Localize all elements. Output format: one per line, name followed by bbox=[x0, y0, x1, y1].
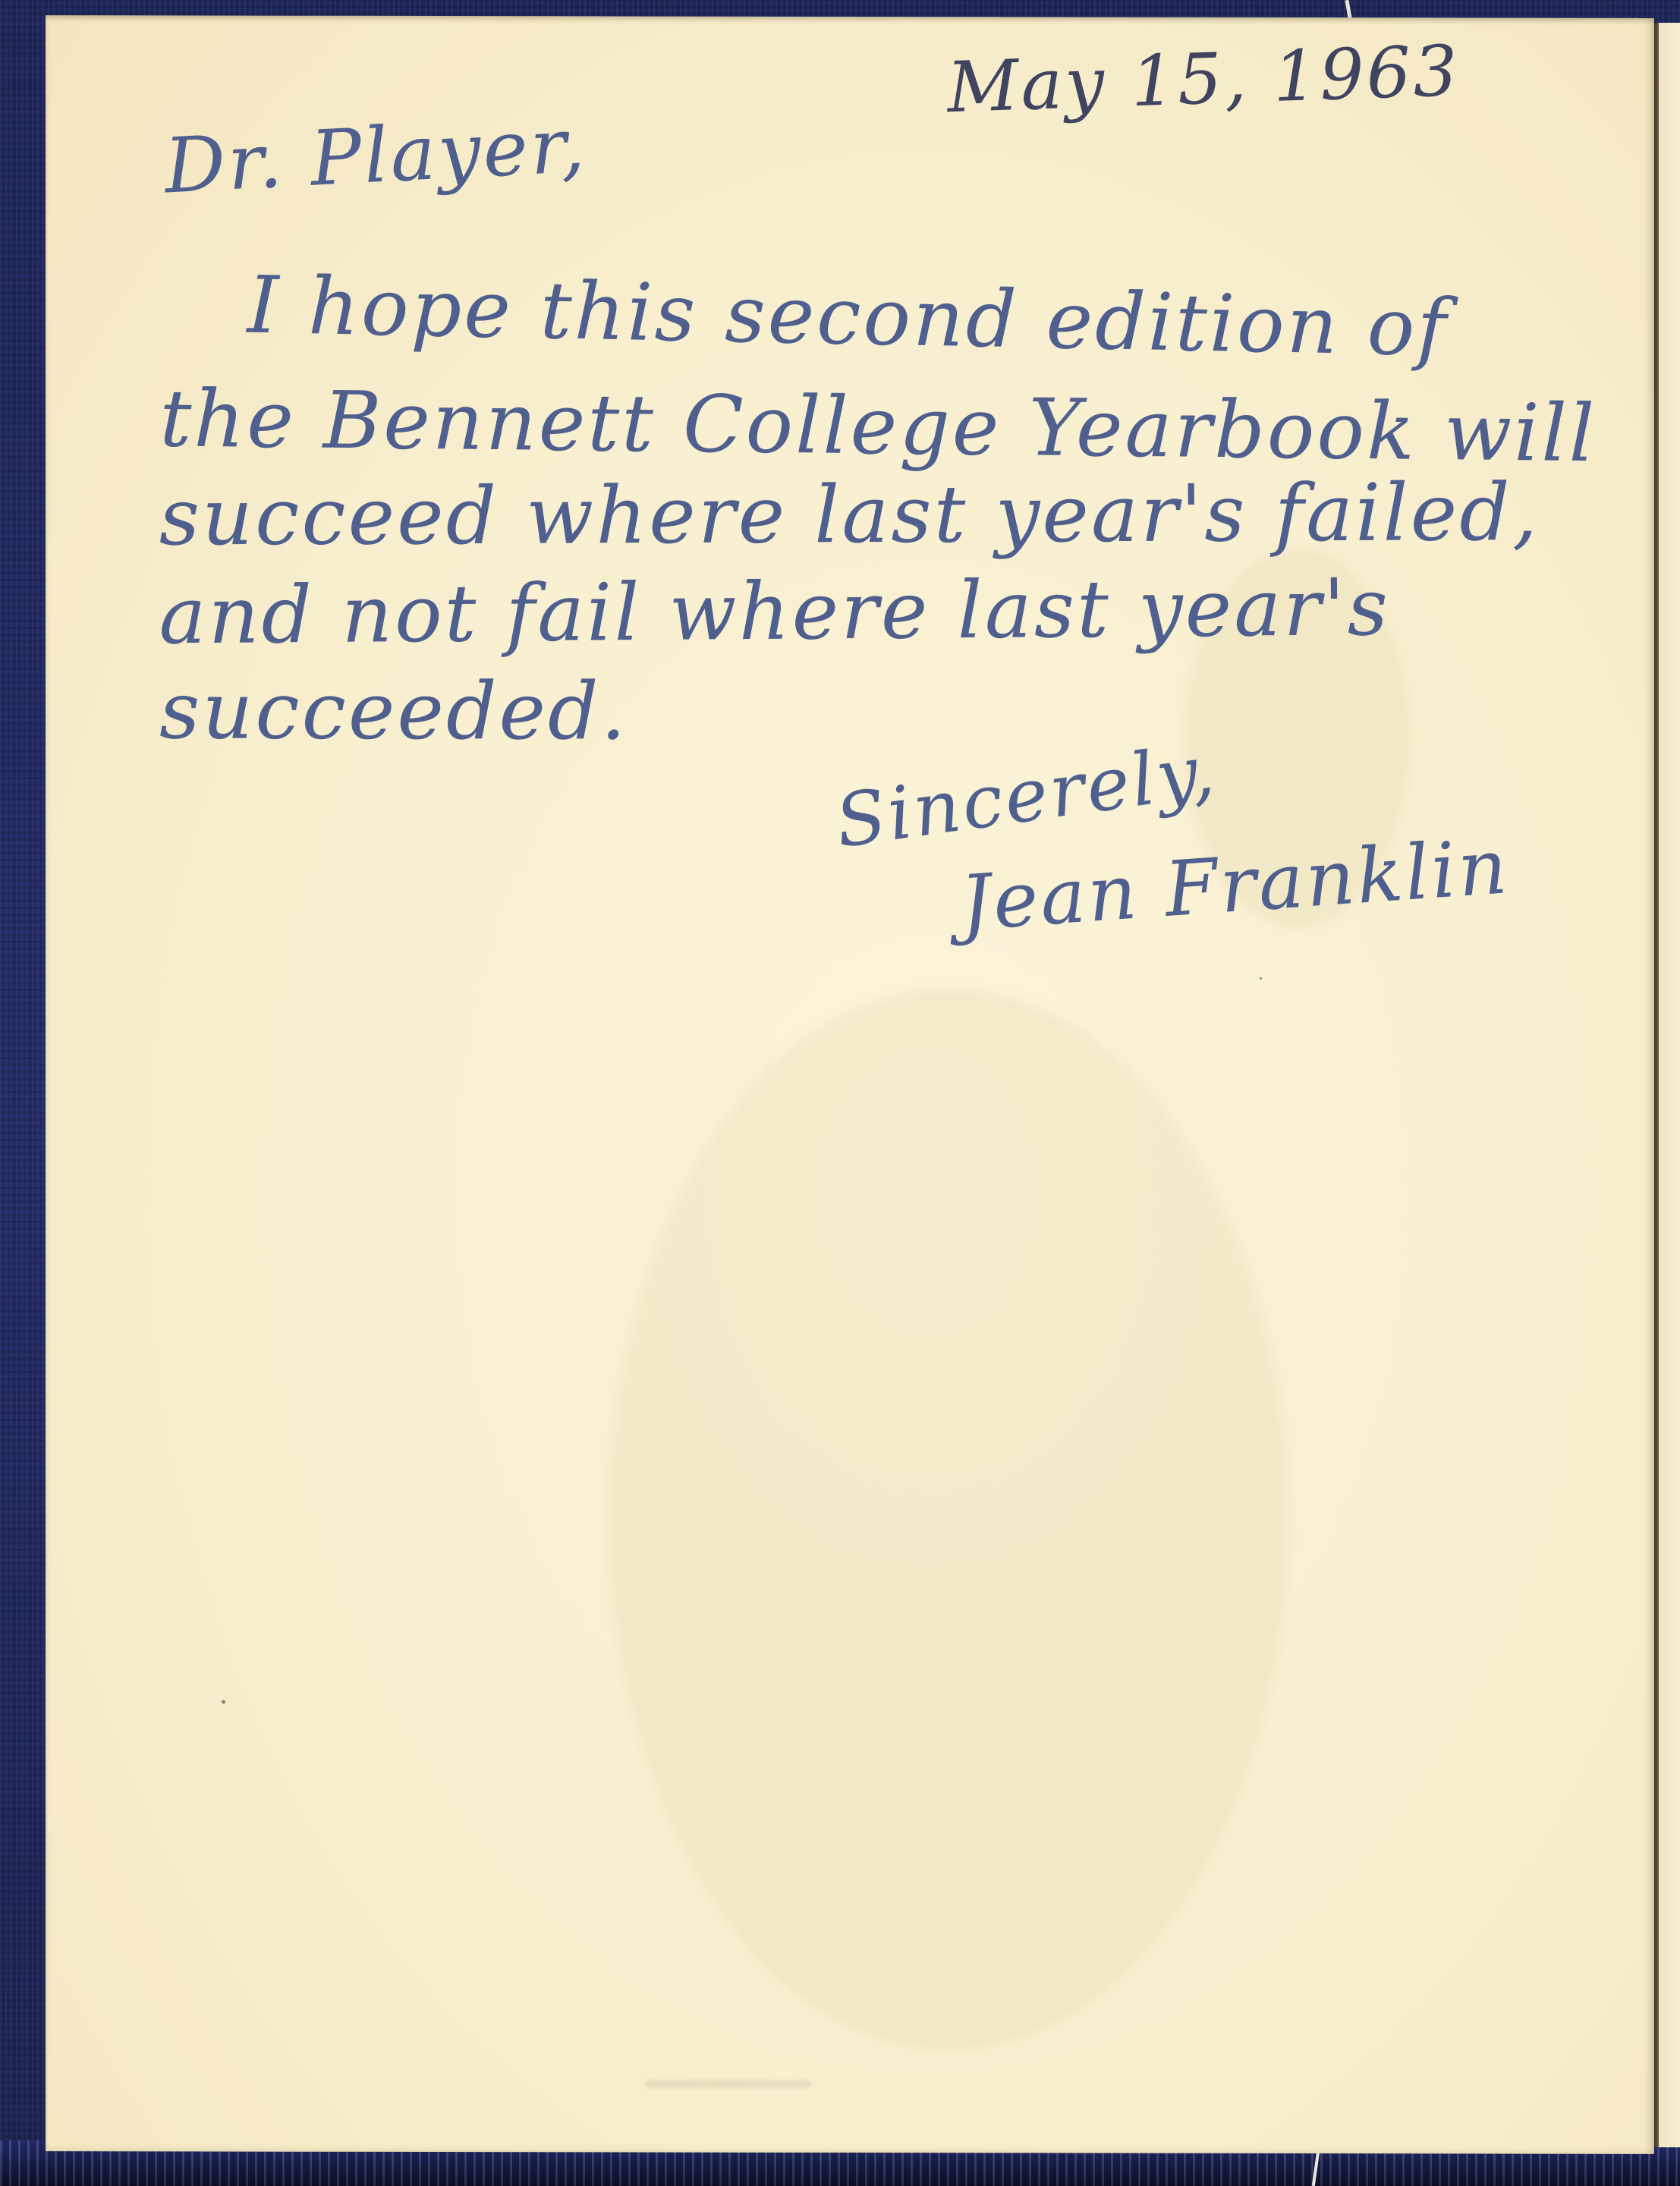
paper-stain bbox=[607, 987, 1290, 2051]
page-stack-edge bbox=[1659, 23, 1680, 2147]
endpaper: May 15, 1963 Dr. Player, I hope this sec… bbox=[46, 15, 1654, 2154]
letter-signature: Jean Franklin bbox=[958, 822, 1512, 948]
scanned-page: May 15, 1963 Dr. Player, I hope this sec… bbox=[0, 0, 1680, 2186]
page-fold-shadow bbox=[1654, 23, 1659, 2147]
letter-body-line: and not fail where last year's bbox=[159, 561, 1390, 662]
paper-speck bbox=[222, 1700, 225, 1704]
letter-body-line: succeeded. bbox=[159, 664, 628, 757]
paper-smudge bbox=[645, 2081, 812, 2088]
paper-speck bbox=[1260, 977, 1262, 980]
letter-closing: Sincerely, bbox=[830, 728, 1221, 864]
letter-body-line: the Bennett College Yearbook will bbox=[159, 372, 1597, 480]
letter-date: May 15, 1963 bbox=[945, 30, 1461, 128]
letter-body-line: I hope this second edition of bbox=[247, 259, 1449, 374]
letter-body-line: succeed where last year's failed, bbox=[159, 466, 1540, 563]
letter-salutation: Dr. Player, bbox=[162, 100, 589, 210]
